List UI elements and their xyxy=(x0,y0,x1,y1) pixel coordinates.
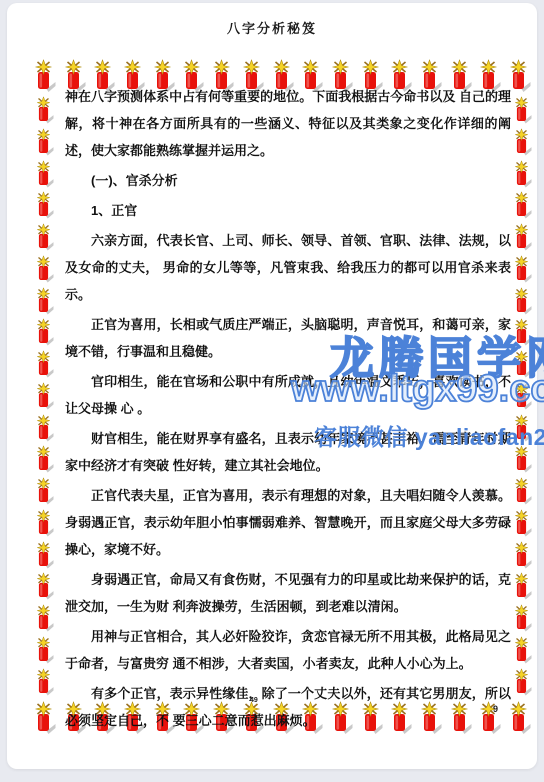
firecracker-icon xyxy=(510,604,533,634)
firecracker-icon xyxy=(510,128,533,158)
firecracker-icon xyxy=(32,382,55,412)
firecracker-icon xyxy=(32,96,55,126)
firecracker-icon xyxy=(32,572,55,602)
firecracker-icon xyxy=(32,477,55,507)
firecracker-icon xyxy=(32,255,55,285)
page-number-inner: 49 xyxy=(250,697,258,704)
firecracker-icon xyxy=(32,541,55,571)
body-paragraph: 身弱遇正官，命局又有食伤财，不见强有力的印星或比劫来保护的话，克泄交加，一生为财… xyxy=(65,566,511,620)
firecracker-icon xyxy=(510,636,533,666)
firecracker-icon xyxy=(510,255,533,285)
body-paragraph: 正官代表夫星，正官为喜用，表示有理想的对象，且夫唱妇随令人羡慕。身弱遇正官，表示… xyxy=(65,482,511,563)
firecracker-icon xyxy=(32,128,55,158)
firecracker-icon xyxy=(31,59,56,95)
firecracker-icon xyxy=(32,445,55,475)
firecracker-icon xyxy=(32,287,55,317)
firecracker-icon xyxy=(32,414,55,444)
firecracker-icon xyxy=(32,318,55,348)
decorative-border-left xyxy=(30,96,56,698)
firecracker-icon xyxy=(32,668,55,698)
firecracker-icon xyxy=(32,636,55,666)
firecracker-icon xyxy=(510,96,533,126)
firecracker-icon xyxy=(31,701,56,737)
body-paragraph: (一)、官杀分析 xyxy=(65,167,511,194)
watermark-contact: 客服微信 yanliaofan225 xyxy=(314,419,544,452)
body-paragraph: 六亲方面，代表长官、上司、师长、领导、首领、官职、法律、法规，以及女命的丈夫， … xyxy=(65,227,511,308)
firecracker-icon xyxy=(32,160,55,190)
firecracker-icon xyxy=(510,287,533,317)
firecracker-icon xyxy=(32,509,55,539)
firecracker-icon xyxy=(510,572,533,602)
page-title: 八字分析秘笈 xyxy=(7,18,537,37)
firecracker-icon xyxy=(510,509,533,539)
firecracker-icon xyxy=(510,223,533,253)
firecracker-icon xyxy=(32,604,55,634)
body-paragraph: 神在八字预测体系中占有何等重要的地位。下面我根据古今命书以及 自己的理解，将十神… xyxy=(65,83,511,164)
firecracker-icon xyxy=(32,191,55,221)
body-paragraph: 1、正官 xyxy=(65,197,511,224)
firecracker-icon xyxy=(510,191,533,221)
page-number-outer: 9 xyxy=(493,704,498,714)
firecracker-icon xyxy=(32,223,55,253)
body-paragraph: 用神与正官相合，其人必奸险狡诈，贪恋官禄无所不用其极，此格局见之于命者，与富贵穷… xyxy=(65,623,511,677)
firecracker-icon xyxy=(510,477,533,507)
firecracker-icon xyxy=(510,541,533,571)
firecracker-icon xyxy=(510,160,533,190)
watermark-site-url: www.ltgx99.com xyxy=(291,368,544,411)
firecracker-icon xyxy=(32,350,55,380)
firecracker-icon xyxy=(510,668,533,698)
body-paragraph: 有多个正官，表示异性缘佳，除了一个丈夫以外，还有其它男朋友，所以必须坚定自己，不… xyxy=(65,680,511,734)
